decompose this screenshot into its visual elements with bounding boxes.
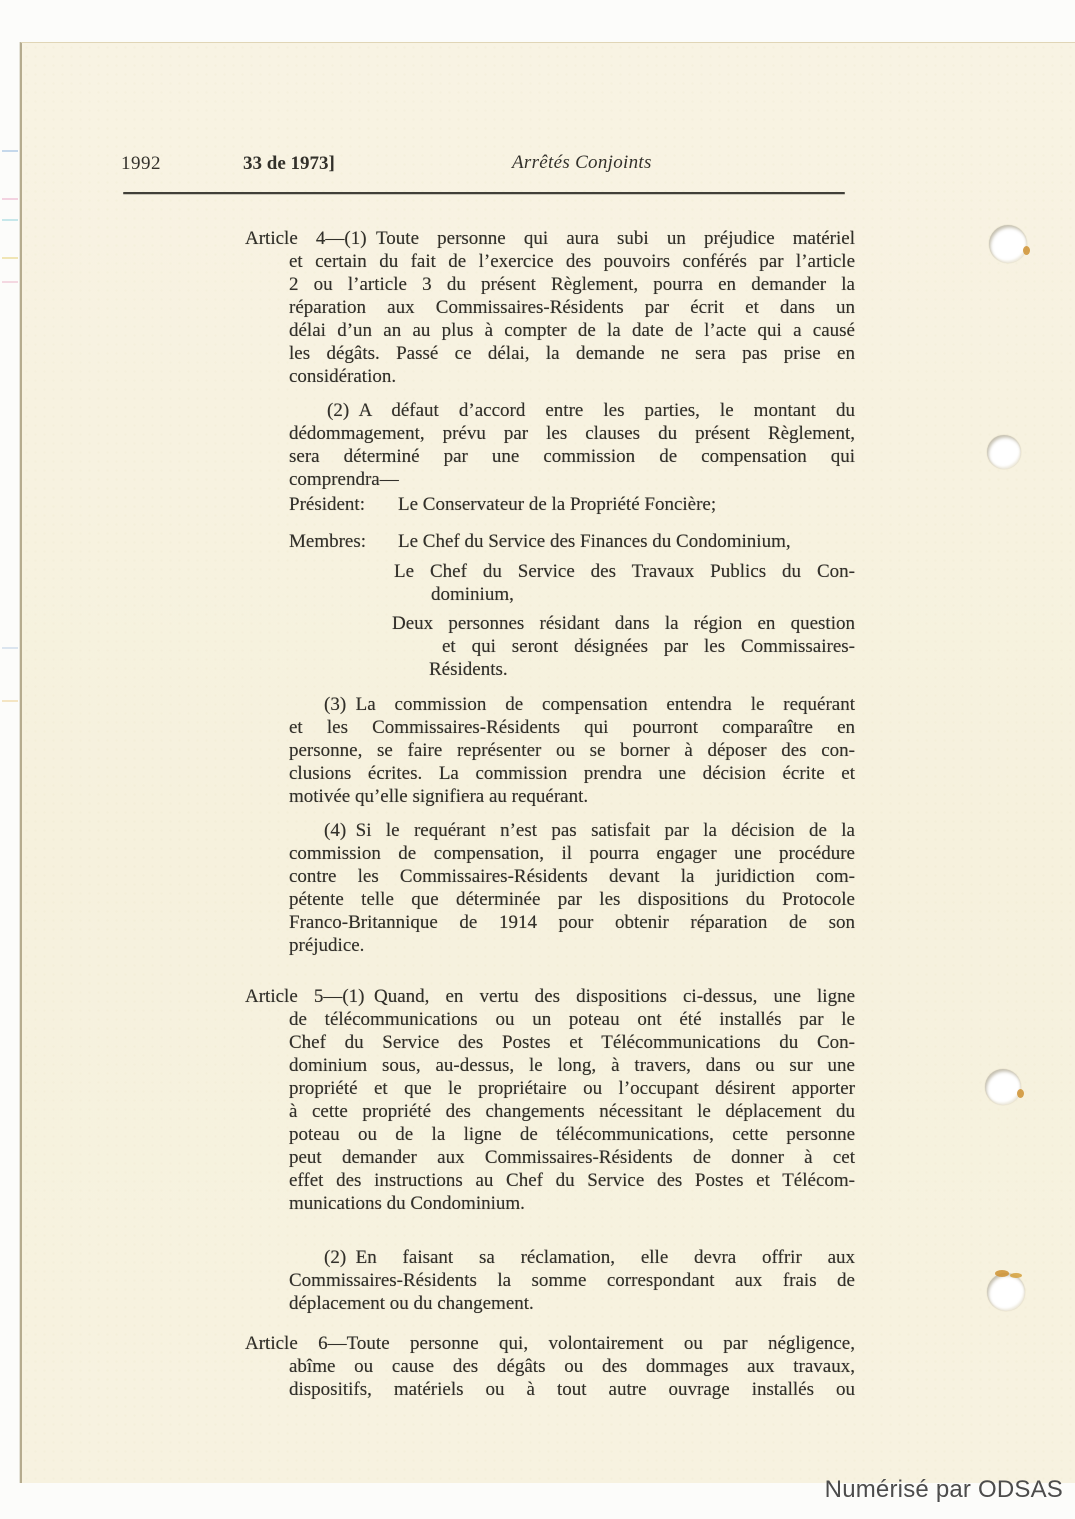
punch-hole [987, 1273, 1025, 1311]
text-line: Le Chef du Service des Travaux Publics d… [289, 560, 855, 583]
text-line: personne, se faire représenter ou se bor… [245, 739, 855, 762]
digitization-watermark: Numérisé par ODSAS [825, 1476, 1063, 1504]
article-4-para-2: (2) A défaut d’accord entre les parties,… [245, 399, 855, 491]
commission-membres: Membres:Le Chef du Service des Finances … [289, 530, 855, 681]
list-label: Président: [289, 493, 398, 516]
text-span: à cette propriété des changements nécess… [289, 1101, 855, 1122]
punch-hole [985, 1069, 1021, 1105]
text-line: (4) Si le requérant n’est pas satisfait … [245, 819, 855, 842]
text-line: clusions écrites. La commission prendra … [245, 762, 855, 785]
article-5-para-1: Article 5—(1) Quand, en vertu des dispos… [245, 985, 855, 1215]
text-span: déplacement ou du changement. [289, 1293, 534, 1314]
text-span: Le Conservateur de la Propriété Foncière… [398, 494, 716, 515]
article-6-para-1: Article 6—Toute personne qui, volontaire… [245, 1332, 855, 1401]
text-line: dominium, [289, 583, 855, 606]
text-line: (2) A défaut d’accord entre les parties,… [245, 399, 855, 422]
text-span: motivée qu’elle signifiera au requérant. [289, 786, 588, 807]
text-line: Président:Le Conservateur de la Propriét… [289, 493, 855, 516]
text-span: personne, se faire représenter ou se bor… [289, 740, 855, 761]
text-span: 2 ou l’article 3 du présent Règlement, p… [289, 274, 855, 295]
text-line: les dégâts. Passé ce délai, la demande n… [245, 342, 855, 365]
article-5-para-2: (2) En faisant sa réclamation, elle devr… [245, 1246, 855, 1315]
text-span: (2) A défaut d’accord entre les parties,… [327, 400, 855, 421]
text-span: comprendra— [289, 469, 399, 490]
text-line: réparation aux Commissaires-Résidents pa… [245, 296, 855, 319]
text-line: contre les Commissaires-Résidents devant… [245, 865, 855, 888]
text-span: dominium sous, au-dessus, le long, à tra… [289, 1055, 855, 1076]
text-span: et qui seront désignées par les Commissa… [442, 636, 855, 657]
text-line: sera déterminé par une commission de com… [245, 445, 855, 468]
text-line: dispositifs, matériels ou à tout autre o… [245, 1378, 855, 1401]
text-line: et qui seront désignées par les Commissa… [289, 635, 855, 658]
article-4-para-3: (3) La commission de compensation entend… [245, 693, 855, 808]
scan-artifact [2, 700, 18, 702]
text-column: Article 4—(1) Toute personne qui aura su… [0, 0, 1075, 1519]
text-line: dominium sous, au-dessus, le long, à tra… [245, 1054, 855, 1077]
text-span: Le Chef du Service des Travaux Publics d… [394, 561, 855, 582]
text-line: effet des instructions au Chef du Servic… [245, 1169, 855, 1192]
text-span: Article 5—(1) Quand, en vertu des dispos… [245, 986, 855, 1007]
text-span: sera déterminé par une commission de com… [289, 446, 855, 467]
text-span: pétente telle que déterminée par les dis… [289, 889, 855, 910]
text-span: réparation aux Commissaires-Résidents pa… [289, 297, 855, 318]
text-line: poteau ou de la ligne de télécommunicati… [245, 1123, 855, 1146]
text-line: et les Commissaires-Résidents qui pourro… [245, 716, 855, 739]
text-span: Chef du Service des Postes et Télécommun… [289, 1032, 855, 1053]
text-line: pétente telle que déterminée par les dis… [245, 888, 855, 911]
scan-artifact [2, 219, 18, 221]
scan-artifact [2, 198, 18, 200]
text-line: Article 5—(1) Quand, en vertu des dispos… [245, 985, 855, 1008]
text-span: considération. [289, 366, 396, 387]
text-line: (2) En faisant sa réclamation, elle devr… [245, 1246, 855, 1269]
text-line: délai d’un an au plus à compter de la da… [245, 319, 855, 342]
text-line: Article 4—(1) Toute personne qui aura su… [245, 227, 855, 250]
text-line: comprendra— [245, 468, 855, 491]
text-line: Franco-Britannique de 1914 pour obtenir … [245, 911, 855, 934]
text-line: 2 ou l’article 3 du présent Règlement, p… [245, 273, 855, 296]
text-line: Membres:Le Chef du Service des Finances … [289, 530, 855, 553]
text-line: commission de compensation, il pourra en… [245, 842, 855, 865]
scan-artifact [2, 150, 18, 152]
text-line: de télécommunications ou un poteau ont é… [245, 1008, 855, 1031]
text-line: dédommagement, prévu par les clauses du … [245, 422, 855, 445]
text-line: Chef du Service des Postes et Télécommun… [245, 1031, 855, 1054]
text-span: et les Commissaires-Résidents qui pourro… [289, 717, 855, 738]
text-span: contre les Commissaires-Résidents devant… [289, 866, 855, 887]
text-span: dédommagement, prévu par les clauses du … [289, 423, 855, 444]
text-line: abîme ou cause des dégâts ou des dommage… [245, 1355, 855, 1378]
text-line: considération. [245, 365, 855, 388]
text-span: effet des instructions au Chef du Servic… [289, 1170, 855, 1191]
text-span: Le Chef du Service des Finances du Condo… [398, 531, 791, 552]
text-line: motivée qu’elle signifiera au requérant. [245, 785, 855, 808]
text-span: munications du Condominium. [289, 1193, 525, 1214]
punch-hole [987, 435, 1021, 469]
rust-fleck [995, 1270, 1009, 1277]
article-4-para-1: Article 4—(1) Toute personne qui aura su… [245, 227, 855, 388]
text-line: déplacement ou du changement. [245, 1292, 855, 1315]
scan-artifact [2, 281, 18, 283]
text-span: Commissaires-Résidents la somme correspo… [289, 1270, 855, 1291]
rust-fleck [1017, 1089, 1024, 1098]
text-line: propriété et que le propriétaire ou l’oc… [245, 1077, 855, 1100]
text-line: Résidents. [289, 658, 855, 681]
scan-artifact [2, 257, 18, 259]
text-span: poteau ou de la ligne de télécommunicati… [289, 1124, 855, 1145]
text-span: clusions écrites. La commission prendra … [289, 763, 855, 784]
text-line: munications du Condominium. [245, 1192, 855, 1215]
text-span: délai d’un an au plus à compter de la da… [289, 320, 855, 341]
article-4-para-4: (4) Si le requérant n’est pas satisfait … [245, 819, 855, 957]
text-line: et certain du fait de l’exercice des pou… [245, 250, 855, 273]
text-span: Article 4—(1) Toute personne qui aura su… [245, 228, 855, 249]
punch-hole [989, 225, 1027, 263]
rust-fleck [1023, 246, 1030, 255]
text-line: Deux personnes résidant dans la région e… [289, 612, 855, 635]
list-label: Membres: [289, 530, 398, 553]
text-span: préjudice. [289, 935, 364, 956]
text-span: abîme ou cause des dégâts ou des dommage… [289, 1356, 855, 1377]
text-line: (3) La commission de compensation entend… [245, 693, 855, 716]
text-line: peut demander aux Commissaires-Résidents… [245, 1146, 855, 1169]
text-span: Résidents. [429, 659, 508, 680]
text-span: (3) La commission de compensation entend… [324, 694, 855, 715]
text-line: Commissaires-Résidents la somme correspo… [245, 1269, 855, 1292]
text-line: préjudice. [245, 934, 855, 957]
text-span: Article 6—Toute personne qui, volontaire… [245, 1333, 855, 1354]
scan-artifact [2, 647, 18, 649]
text-span: dominium, [431, 584, 514, 605]
text-span: propriété et que le propriétaire ou l’oc… [289, 1078, 855, 1099]
text-line: à cette propriété des changements nécess… [245, 1100, 855, 1123]
text-span: Deux personnes résidant dans la région e… [392, 613, 855, 634]
text-span: de télécommunications ou un poteau ont é… [289, 1009, 855, 1030]
text-span: (2) En faisant sa réclamation, elle devr… [324, 1247, 855, 1268]
text-span: (4) Si le requérant n’est pas satisfait … [324, 820, 855, 841]
text-line: Article 6—Toute personne qui, volontaire… [245, 1332, 855, 1355]
text-span: commission de compensation, il pourra en… [289, 843, 855, 864]
commission-president: Président:Le Conservateur de la Propriét… [289, 493, 855, 516]
text-span: peut demander aux Commissaires-Résidents… [289, 1147, 855, 1168]
text-span: Franco-Britannique de 1914 pour obtenir … [289, 912, 855, 933]
text-span: les dégâts. Passé ce délai, la demande n… [289, 343, 855, 364]
text-span: et certain du fait de l’exercice des pou… [289, 251, 855, 272]
text-span: dispositifs, matériels ou à tout autre o… [289, 1379, 855, 1400]
